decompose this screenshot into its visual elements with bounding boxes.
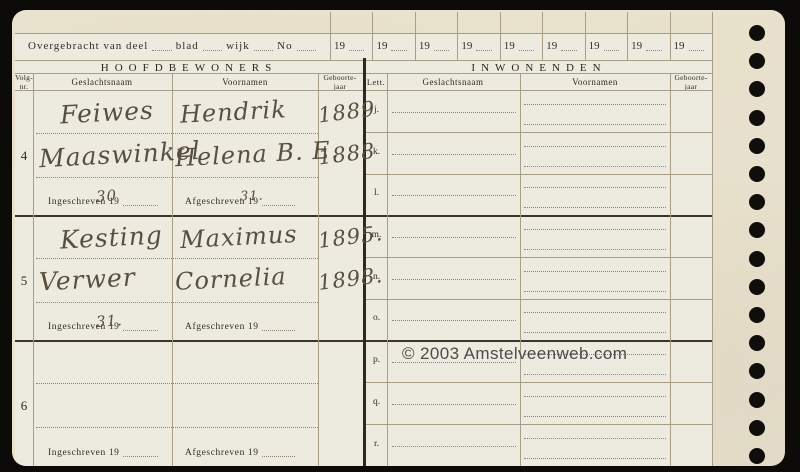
ingeschreven-label-text: Ingeschreven 19 (48, 448, 120, 458)
lodger-letter-label: l. (366, 188, 387, 198)
dotted-leader (123, 329, 158, 331)
column-header-volgnr: Volg- nr. (15, 74, 33, 91)
ingeschreven-value-handwriting: 31. (95, 311, 123, 331)
firstnames-handwriting: Cornelia (174, 262, 287, 296)
year-cell-leader (646, 49, 661, 51)
year-cell: 19 (670, 37, 712, 55)
writing-line (524, 104, 666, 105)
lodger-letter-label: j. (366, 105, 387, 115)
writing-line (392, 320, 516, 321)
binder-hole (749, 25, 765, 41)
lodger-letter-label: q. (366, 397, 387, 407)
writing-line (392, 279, 516, 280)
column-header-voornamen-right: Voornamen (572, 77, 618, 87)
writing-line (524, 458, 666, 459)
dotted-leader (262, 455, 295, 457)
binder-hole (749, 251, 765, 267)
year-cell-label: 19 (376, 40, 387, 52)
writing-line (524, 396, 666, 397)
dotted-leader (262, 204, 295, 206)
ingeschreven-label: Ingeschreven 19 (48, 448, 158, 458)
column-header-geslachtsnaam-right: Geslachtsnaam (423, 77, 484, 87)
year-cell-leader (476, 49, 491, 51)
transfer-leader (152, 49, 171, 51)
year-cell-leader (434, 49, 449, 51)
binder-hole (749, 166, 765, 182)
transfer-no-label: No (277, 40, 292, 52)
year-cell-label: 19 (674, 40, 685, 52)
volgnr-label: 5 (15, 273, 33, 289)
lodger-letter-label: k. (366, 147, 387, 157)
binder-hole (749, 138, 765, 154)
column-header-geslachtsnaam-left: Geslachtsnaam (72, 77, 133, 87)
binder-hole (749, 110, 765, 126)
binder-hole (749, 448, 765, 464)
lodger-letter-label: p. (366, 355, 387, 365)
transfer-blad-label: blad (176, 40, 199, 52)
writing-line (524, 166, 666, 167)
writing-line (524, 249, 666, 250)
afgeschreven-value-handwriting: 31. (240, 189, 264, 205)
writing-line (36, 383, 318, 384)
binder-hole (749, 222, 765, 238)
writing-line (392, 154, 516, 155)
writing-line (36, 177, 318, 178)
grid-line (15, 33, 713, 34)
lodger-letter-label: o. (366, 313, 387, 323)
scan-background: Overgebracht van deel blad wijk No HOOFD… (0, 0, 800, 472)
binder-hole (749, 307, 765, 323)
transfer-leader (297, 49, 316, 51)
writing-line (524, 207, 666, 208)
writing-line (524, 229, 666, 230)
writing-line (36, 258, 318, 259)
writing-line (36, 133, 318, 134)
year-cell: 19 (585, 37, 627, 55)
writing-line (36, 302, 318, 303)
year-cell: 19 (627, 37, 669, 55)
afgeschreven-label-text: Afgeschreven 19 (185, 448, 259, 458)
year-cell: 19 (457, 37, 499, 55)
binder-hole (749, 420, 765, 436)
writing-line (524, 146, 666, 147)
binder-hole (749, 363, 765, 379)
writing-line (392, 446, 516, 447)
writing-line (524, 124, 666, 125)
dotted-leader (262, 329, 295, 331)
year-cell-label: 19 (631, 40, 642, 52)
binder-hole (749, 194, 765, 210)
surname-handwriting: Feiwes (59, 96, 154, 130)
year-cell-label: 19 (546, 40, 557, 52)
surname-handwriting: Kesting (59, 220, 163, 254)
year-cell-leader (689, 49, 704, 51)
grid-line (366, 132, 712, 133)
year-cell-leader (349, 49, 364, 51)
year-cell-leader (391, 49, 406, 51)
binder-hole (749, 335, 765, 351)
afgeschreven-label-text: Afgeschreven 19 (185, 322, 259, 332)
column-header-geboortejaar-left: Geboorte- jaar (323, 74, 356, 91)
grid-line (712, 12, 713, 466)
writing-line (524, 187, 666, 188)
year-cell-label: 19 (461, 40, 472, 52)
binder-hole (749, 392, 765, 408)
year-cell-leader (561, 49, 576, 51)
year-cell-label: 19 (334, 40, 345, 52)
grid-line (318, 73, 319, 466)
writing-line (524, 416, 666, 417)
lodger-letter-label: n. (366, 272, 387, 282)
grid-line (366, 424, 712, 425)
year-cell: 19 (542, 37, 584, 55)
transfer-row: Overgebracht van deel blad wijk No (28, 37, 320, 55)
year-cell: 19 (372, 37, 414, 55)
grid-line (366, 174, 712, 175)
year-cell-leader (604, 49, 619, 51)
year-cell-leader (519, 49, 534, 51)
column-header-lett: Lett. (367, 77, 385, 87)
ingeschreven-value-handwriting: 30 (95, 186, 117, 205)
transfer-wijk-label: wijk (226, 40, 250, 52)
writing-line (392, 237, 516, 238)
writing-line (392, 404, 516, 405)
grid-line (366, 299, 712, 300)
grid-line (366, 257, 712, 258)
year-cell-label: 19 (419, 40, 430, 52)
column-header-voornamen-left: Voornamen (222, 77, 268, 87)
dotted-leader (123, 204, 158, 206)
writing-line (524, 374, 666, 375)
binder-hole (749, 279, 765, 295)
volgnr-label: 6 (15, 398, 33, 414)
grid-line (172, 73, 173, 466)
surname-handwriting: Verwer (38, 262, 136, 296)
volgnr-label: 4 (15, 148, 33, 164)
writing-line (524, 438, 666, 439)
binder-hole (749, 53, 765, 69)
writing-line (36, 427, 318, 428)
watermark: © 2003 Amstelveenweb.com (402, 344, 627, 364)
column-header-geboortejaar-right: Geboorte- jaar (674, 74, 707, 91)
writing-line (524, 312, 666, 313)
lodger-letter-label: r. (366, 439, 387, 449)
transfer-leader (254, 49, 273, 51)
writing-line (392, 112, 516, 113)
grid-line (33, 73, 34, 466)
year-cell: 19 (500, 37, 542, 55)
writing-line (524, 332, 666, 333)
writing-line (524, 291, 666, 292)
lodger-letter-label: m. (366, 230, 387, 240)
transfer-deel-label: Overgebracht van deel (28, 40, 148, 52)
year-cell-label: 19 (504, 40, 515, 52)
afgeschreven-label: Afgeschreven 19 (185, 322, 295, 332)
binder-hole (749, 81, 765, 97)
year-cell: 19 (330, 37, 372, 55)
writing-line (524, 271, 666, 272)
afgeschreven-label: Afgeschreven 19 (185, 448, 295, 458)
transfer-leader (203, 49, 222, 51)
register-card: Overgebracht van deel blad wijk No HOOFD… (12, 10, 785, 466)
dotted-leader (123, 455, 158, 457)
firstnames-handwriting: Hendrik (179, 95, 287, 129)
year-cell: 19 (415, 37, 457, 55)
grid-line (366, 382, 712, 383)
year-cell-label: 19 (589, 40, 600, 52)
writing-line (392, 195, 516, 196)
